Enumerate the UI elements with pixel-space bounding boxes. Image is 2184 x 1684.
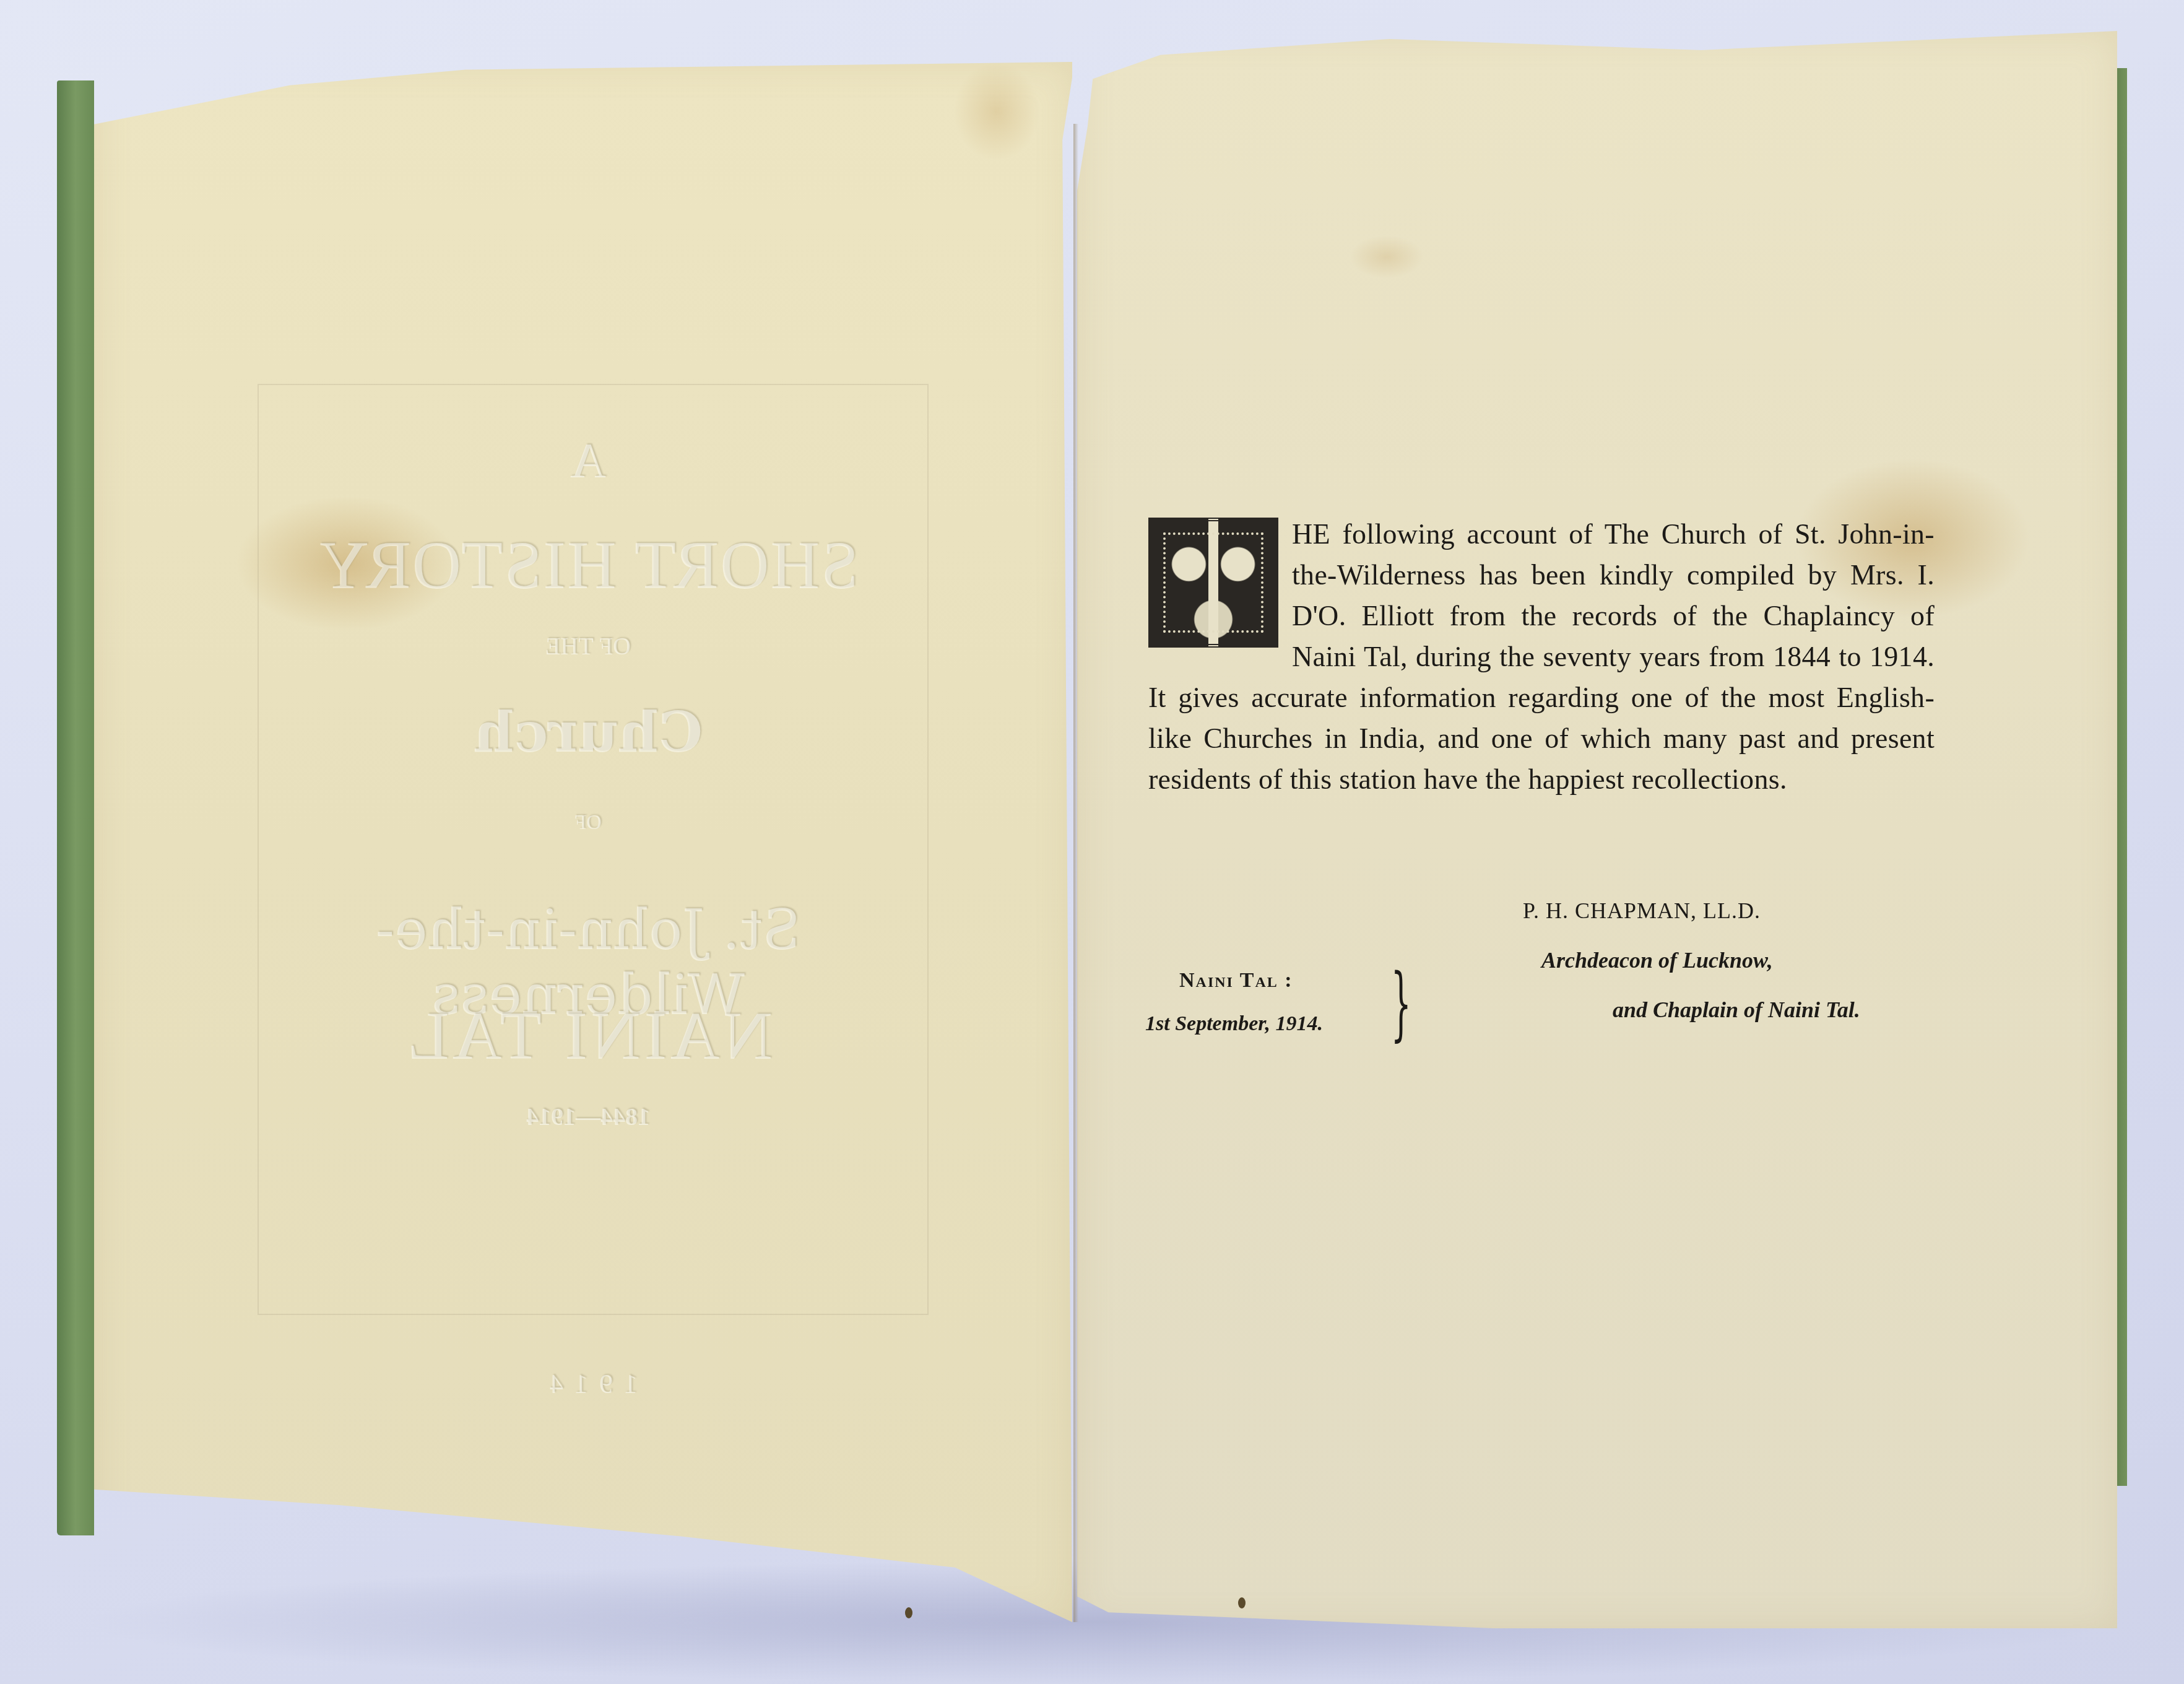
- staple-hole: [1238, 1597, 1246, 1608]
- title-frame: [258, 384, 929, 1315]
- title-a: A: [248, 433, 929, 490]
- signatory-title-2: and Chaplain of Naini Tal.: [1613, 997, 1860, 1023]
- title-of: OF: [248, 811, 929, 835]
- green-cover-spine: [57, 80, 94, 1535]
- title-church: Church: [248, 700, 929, 765]
- signatory-title-1: Archdeacon of Lucknow,: [1541, 947, 1773, 973]
- title-short-history: SHORT HISTORY: [248, 526, 929, 605]
- right-brace-icon: }: [1391, 963, 1411, 1043]
- title-years: 1844—1914: [248, 1102, 929, 1131]
- foxing-spot: [1350, 235, 1424, 279]
- staple-hole: [905, 1607, 912, 1618]
- title-pub-year: 1914: [248, 1368, 929, 1400]
- title-of-the: OF THE: [248, 631, 929, 661]
- signatory-name: P. H. CHAPMAN, LL.D.: [1523, 898, 1761, 924]
- dateline-place: Naini Tal :: [1179, 969, 1293, 992]
- water-stain: [953, 62, 1040, 161]
- right-page: [1077, 31, 2117, 1628]
- title-page-show-through: A SHORT HISTORY OF THE Church OF St. Joh…: [248, 384, 929, 1436]
- ornamental-dropcap-icon: [1148, 518, 1278, 648]
- foreword-block: HE following account of The Church of St…: [1148, 514, 1935, 800]
- book-gutter: [1073, 124, 1078, 1622]
- title-naini-tal: NAINI TAL: [248, 997, 929, 1075]
- dateline-date: 1st September, 1914.: [1145, 1012, 1323, 1036]
